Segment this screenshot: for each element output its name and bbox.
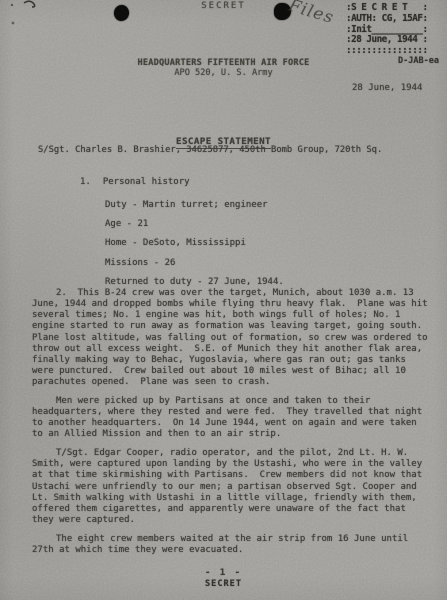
classification-stamp-box: :S E C R E T : :AUTH: CG, 15AF: :Init___… — [346, 3, 428, 57]
classification-footer: SECRET — [0, 579, 447, 589]
paragraph: 2. This B-24 crew was over the target, M… — [32, 288, 431, 388]
letterhead-address: APO 520, U. S. Army — [0, 68, 447, 78]
narrative-body: 2. This B-24 crew was over the target, M… — [32, 288, 431, 563]
list-item: Duty - Martin turret; engineer — [105, 196, 284, 215]
list-item: Age - 21 — [105, 215, 284, 234]
page-number: - 1 - — [0, 568, 447, 578]
list-item: Missions - 26 — [105, 254, 284, 273]
section-heading-text: Personal history — [103, 177, 190, 187]
scanned-document-page: SECRET Files :S E C R E T : :AUTH: CG, 1… — [0, 0, 447, 600]
personal-history-heading: 1.Personal history — [80, 177, 190, 187]
document-date: 28 June, 1944 — [352, 83, 422, 93]
section-number: 1. — [80, 177, 91, 187]
letterhead-org: HEADQUARTERS FIFTEENTH AIR FORCE — [0, 58, 447, 68]
personal-history-list: Duty - Martin turret; engineer Age - 21 … — [105, 196, 284, 292]
paragraph: T/Sgt. Edgar Cooper, radio operator, and… — [32, 448, 431, 526]
paragraph: Men were picked up by Partisans at once … — [32, 396, 431, 441]
stamp-line: :AUTH: CG, 15AF: — [346, 14, 428, 25]
paragraph: The eight crew members waited at the air… — [32, 534, 431, 556]
subject-line: S/Sgt. Charles B. Brashier, 34625877, 45… — [38, 145, 382, 155]
list-item: Home - DeSoto, Mississippi — [105, 234, 284, 253]
